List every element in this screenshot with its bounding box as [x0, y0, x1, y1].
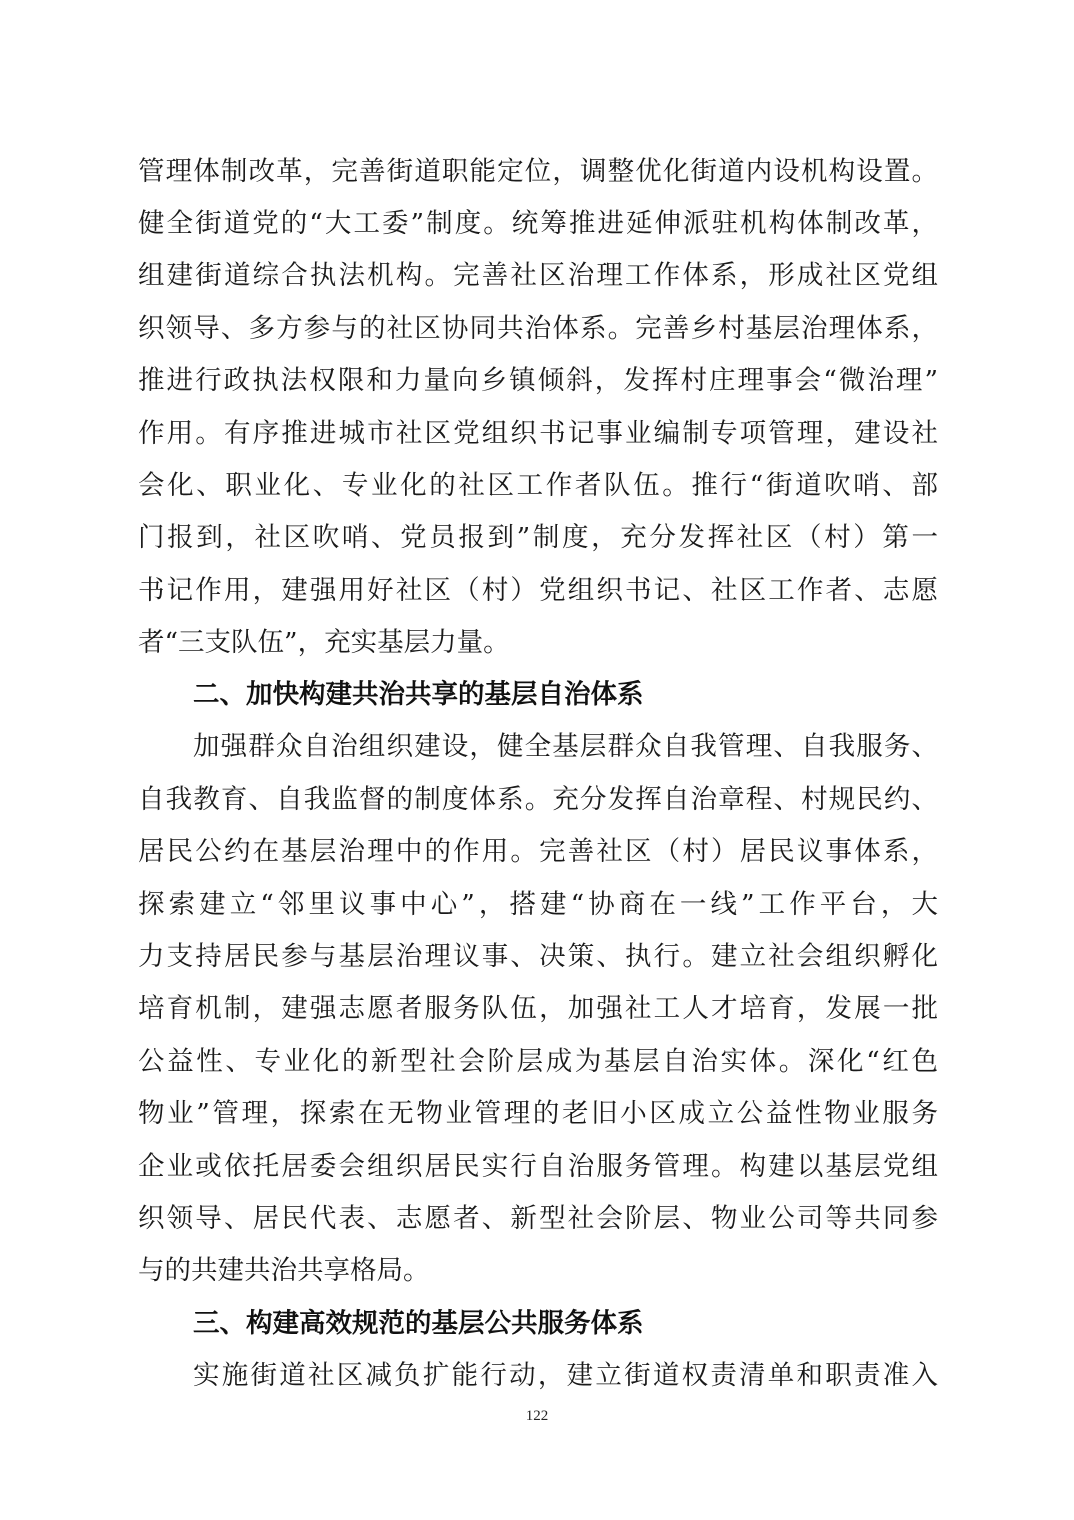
- section-heading-2: 二、加快构建共治共享的基层自治体系: [193, 669, 644, 721]
- document-page: 管理体制改革，完善街道职能定位，调整优化街道内设机构设置。 健全街道党的“大工委…: [0, 0, 1074, 1520]
- text-line: 推进行政执法权限和力量向乡镇倾斜，发挥村庄理事会“微治理”: [138, 355, 938, 407]
- text-line: 门报到，社区吹哨、党员报到”制度，充分发挥社区（村）第一: [138, 512, 938, 564]
- text-line: 管理体制改革，完善街道职能定位，调整优化街道内设机构设置。: [138, 146, 938, 198]
- text-line: 物业”管理，探索在无物业管理的老旧小区成立公益性物业服务: [138, 1088, 938, 1140]
- text-line: 书记作用，建强用好社区（村）党组织书记、社区工作者、志愿: [138, 565, 938, 617]
- text-line: 与的共建共治共享格局。: [138, 1245, 938, 1297]
- text-line: 作用。有序推进城市社区党组织书记事业编制专项管理，建设社: [138, 408, 938, 460]
- text-line: 织领导、居民代表、志愿者、新型社会阶层、物业公司等共同参: [138, 1193, 938, 1245]
- text-line: 织领导、多方参与的社区协同共治体系。完善乡村基层治理体系，: [138, 303, 938, 355]
- text-line: 居民公约在基层治理中的作用。完善社区（村）居民议事体系，: [138, 826, 938, 878]
- text-line: 探索建立“邻里议事中心”，搭建“协商在一线”工作平台，大: [138, 879, 938, 931]
- page-number: 122: [0, 1408, 1074, 1425]
- text-line: 自我教育、自我监督的制度体系。充分发挥自治章程、村规民约、: [138, 774, 938, 826]
- text-line: 公益性、专业化的新型社会阶层成为基层自治实体。深化“红色: [138, 1036, 938, 1088]
- text-line: 培育机制，建强志愿者服务队伍，加强社工人才培育，发展一批: [138, 983, 938, 1035]
- text-line: 会化、职业化、专业化的社区工作者队伍。推行“街道吹哨、部: [138, 460, 938, 512]
- text-line: 实施街道社区减负扩能行动，建立街道权责清单和职责准入: [193, 1350, 938, 1402]
- text-line: 组建街道综合执法机构。完善社区治理工作体系，形成社区党组: [138, 250, 938, 302]
- text-line: 加强群众自治组织建设，健全基层群众自我管理、自我服务、: [193, 721, 938, 773]
- text-line: 者“三支队伍”，充实基层力量。: [138, 617, 938, 669]
- section-heading-3: 三、构建高效规范的基层公共服务体系: [193, 1298, 644, 1350]
- text-line: 力支持居民参与基层治理议事、决策、执行。建立社会组织孵化: [138, 931, 938, 983]
- text-line: 健全街道党的“大工委”制度。统筹推进延伸派驻机构体制改革，: [138, 198, 938, 250]
- text-line: 企业或依托居委会组织居民实行自治服务管理。构建以基层党组: [138, 1141, 938, 1193]
